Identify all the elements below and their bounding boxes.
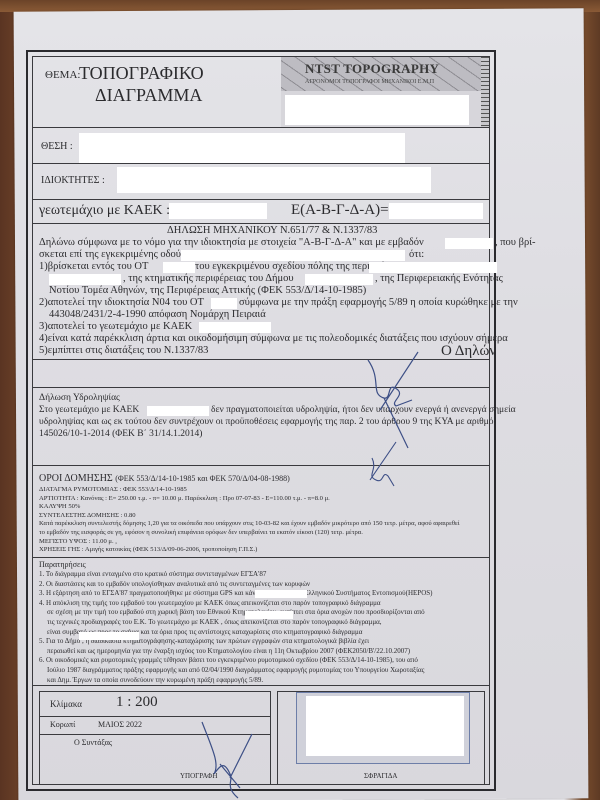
redacted-kaek-5 [245, 611, 293, 619]
declaration-item-1b: του εγκεκριμένου σχεδίου πόλης της περιο… [195, 261, 396, 272]
signature-label: ΥΠΟΓΡΑΦΗ [180, 772, 217, 780]
owners-label: ΙΔΙΟΚΤΗΤΕΣ : [41, 175, 105, 186]
note-line: 3. Η εξάρτηση από το ΕΓΣΑ'87 πραγματοποι… [39, 589, 432, 597]
water-line-2: υδροληψίας και ως εκ τούτου δεν συντρέχο… [39, 417, 494, 427]
declaration-item-3: 3)αποτελεί το γεωτεμάχιο με ΚΑΕΚ [39, 321, 192, 332]
redacted-municipality [305, 274, 373, 285]
note-line: σε σχέση με την τιμή του εμβαδού στη χωρ… [47, 608, 425, 616]
redacted-area-value [445, 238, 493, 249]
scale-value: 1 : 200 [116, 694, 158, 711]
building-term-line: το εμβαδόν της εισφοράς σε γη, εφόσον η … [39, 529, 363, 536]
redacted-municipality-2 [79, 632, 139, 640]
declaration-item-4: 4)είναι κατά παρέκκλιση άρτια και οικοδο… [39, 333, 508, 344]
building-term-line: Κατά παρέκκλιση συντελεστής δόμησης 1,20… [39, 520, 460, 527]
water-line-1b: δεν πραγματοποιείται υδροληψία, ήτοι δεν… [211, 405, 516, 415]
company-name: NTST TOPOGRAPHY [305, 61, 439, 77]
water-line-3: 145026/10-1-2014 (ΦΕΚ Β΄ 31/14.1.2014) [39, 429, 202, 439]
redacted-kaek-4 [255, 590, 307, 598]
building-term-line: ΚΑΛΥΨΗ 50% [39, 503, 80, 510]
notes-section: Παρατηρήσεις 1. Το διάγραμμα είναι ενταγ… [33, 557, 489, 686]
company-block: NTST TOPOGRAPHY ΑΓΡΟΝΟΜΟΙ ΤΟΠΟΓΡΑΦΟΙ ΜΗΧ… [281, 57, 489, 127]
author-label: Ο Συντάξας [74, 738, 112, 747]
declaration-item-2: 2)αποτελεί την ιδιοκτησία Ν04 του ΟΤ [39, 297, 204, 308]
building-term-line: ΣΥΝΤΕΛΕΣΤΗΣ ΔΟΜΗΣΗΣ : 0.80 [39, 512, 136, 519]
redacted-area-name-2 [49, 274, 121, 285]
declaration-item-1d: , της Περιφερειακής Ενότητας [375, 273, 503, 284]
water-line-1: Στο γεωτεμάχιο με ΚΑΕΚ [39, 405, 139, 415]
note-line: Ιούλιο 1987 διαγράμματος πράξης εφαρμογή… [47, 666, 424, 674]
declaration-item-1e: Νοτίου Τομέα Αθηνών, της Περιφέρειας Αττ… [49, 285, 366, 296]
declaration-intro-end: , που βρί- [495, 237, 536, 248]
note-line: τις τεχνικές προδιαγραφές του Ε.Κ. Το γε… [47, 618, 382, 626]
area-label: Ε(Α-Β-Γ-Δ-Α)= [291, 202, 389, 219]
redacted-company-info [285, 95, 469, 125]
location-label: ΘΕΣΗ : [41, 141, 73, 152]
redacted-kaek-3 [147, 406, 209, 416]
declaration-street: σκεται επί της εγκεκριμένης οδού [39, 249, 181, 260]
document-inner-frame: ΘΕΜΑ: ΤΟΠΟΓΡΑΦΙΚΟ ΔΙΑΓΡΑΜΜΑ NTST TOPOGRA… [32, 56, 490, 785]
stamp-box: ΣΦΡΑΓΙΔΑ [277, 691, 485, 785]
declaration-item-5: 5)εμπίπτει στις διατάξεις του Ν.1337/83 [39, 345, 208, 356]
declarant-label: Ο Δηλών [441, 343, 496, 360]
kaek-label: γεωτεμάχιο με ΚΑΕΚ : [39, 203, 170, 219]
redacted-block-2 [211, 298, 237, 309]
redacted-kaek-2 [199, 322, 271, 333]
note-line: 4. Η απόκλιση της τιμής του εμβαδού του … [39, 599, 381, 607]
location-row: ΘΕΣΗ : [33, 127, 489, 164]
footer-info-box: Κλίμακα 1 : 200 Κορωπί ΜΑΙΟΣ 2022 Ο Συντ… [39, 691, 271, 785]
redacted-kaek [169, 203, 267, 219]
stamp-label: ΣΦΡΑΓΙΔΑ [364, 772, 397, 780]
redacted-location [79, 133, 405, 163]
note-line: 1. Το διάγραμμα είναι ενταγμένο στο κρατ… [39, 570, 266, 578]
redacted-street [181, 250, 405, 261]
building-terms-ref: (ΦΕΚ 553/Δ/14-10-1985 και ΦΕΚ 570/Δ/04-0… [115, 474, 290, 483]
declaration-item-1c: , της κτηματικής περιφέρειας του Δήμου [123, 273, 294, 284]
building-term-line: ΔΙΑΤΑΓΜΑ ΡΥΜΟΤΟΜΙΑΣ : ΦΕΚ 553/Δ/14-10-19… [39, 486, 187, 493]
declaration-item-1: 1)βρίσκεται εντός του ΟΤ [39, 261, 148, 272]
redacted-block [163, 262, 195, 273]
kaek-row: γεωτεμάχιο με ΚΑΕΚ : Ε(Α-Β-Γ-Δ-Α)= [33, 199, 489, 224]
redacted-stamp [306, 696, 464, 756]
scale-label: Κλίμακα [50, 699, 82, 709]
building-term-line: ΑΡΤΙΟΤΗΤΑ : Κανόνας : Ε= 250.00 τ.μ. - π… [39, 495, 330, 502]
notes-title: Παρατηρήσεις [39, 560, 86, 569]
note-line: 6. Οι οικοδομικές και ρυμοτομικές γραμμέ… [39, 656, 418, 664]
building-terms-heading: ΟΡΟΙ ΔΟΜΗΣΗΣ [39, 473, 113, 484]
declaration-item-2c: 443048/2431/2-4-1990 απόφαση Νομάρχη Πει… [49, 309, 266, 320]
redacted-owners [117, 167, 431, 193]
title-line-2: ΔΙΑΓΡΑΜΜΑ [95, 85, 202, 106]
declaration-title: ΔΗΛΩΣΗ ΜΗΧΑΝΙΚΟΥ Ν.651/77 & Ν.1337/83 [167, 225, 377, 236]
note-line: 2. Οι διαστάσεις και το εμβαδόν υπολογίσ… [39, 580, 310, 588]
water-declaration: Δήλωση Υδροληψίας Στο γεωτεμάχιο με ΚΑΕΚ… [33, 387, 489, 466]
declaration-item-2b: σύμφωνα με την πράξη εφαρμογής 5/89 η οπ… [239, 297, 518, 308]
note-line: και Δημ. Έργων τα οποία συνοδεύουν την κ… [47, 676, 263, 684]
place: Κορωπί [50, 720, 75, 729]
redacted-area-name [369, 262, 497, 273]
header-row: ΘΕΜΑ: ΤΟΠΟΓΡΑΦΙΚΟ ΔΙΑΓΡΑΜΜΑ NTST TOPOGRA… [33, 57, 489, 128]
title-block: ΘΕΜΑ: ΤΟΠΟΓΡΑΦΙΚΟ ΔΙΑΓΡΑΜΜΑ [33, 57, 282, 127]
subject-label: ΘΕΜΑ: [45, 69, 80, 81]
date: ΜΑΙΟΣ 2022 [98, 720, 142, 729]
ruler-decoration [481, 57, 489, 127]
engineer-declaration: ΔΗΛΩΣΗ ΜΗΧΑΝΙΚΟΥ Ν.651/77 & Ν.1337/83 Δη… [33, 223, 489, 360]
signature-space [33, 359, 489, 388]
building-terms: ΟΡΟΙ ΔΟΜΗΣΗΣ (ΦΕΚ 553/Δ/14-10-1985 και Φ… [33, 469, 489, 558]
title-line-1: ΤΟΠΟΓΡΑΦΙΚΟ [79, 63, 204, 84]
building-terms-title: ΟΡΟΙ ΔΟΜΗΣΗΣ (ΦΕΚ 553/Δ/14-10-1985 και Φ… [39, 473, 290, 484]
building-term-line: ΧΡΗΣΕΙΣ ΓΗΣ : Αμιγής κατοικίας (ΦΕΚ 513/… [39, 546, 257, 553]
document-frame: ΘΕΜΑ: ΤΟΠΟΓΡΑΦΙΚΟ ΔΙΑΓΡΑΜΜΑ NTST TOPOGRA… [26, 50, 496, 791]
note-line: περαιωθεί και ως ημερομηνία για την έναρ… [47, 647, 410, 655]
building-term-line: ΜΕΓΙΣΤΟ ΥΨΟΣ : 11.00 μ. , [39, 538, 117, 545]
water-title: Δήλωση Υδροληψίας [39, 393, 120, 403]
declaration-that: ότι: [409, 249, 424, 260]
declaration-intro: Δηλώνω σύμφωνα με το νόμο για την ιδιοκτ… [39, 237, 424, 248]
redacted-area [389, 203, 483, 219]
owners-row: ΙΔΙΟΚΤΗΤΕΣ : [33, 163, 489, 200]
company-subtitle: ΑΓΡΟΝΟΜΟΙ ΤΟΠΟΓΡΑΦΟΙ ΜΗΧΑΝΙΚΟΙ Ε.Μ.Π [305, 79, 434, 85]
